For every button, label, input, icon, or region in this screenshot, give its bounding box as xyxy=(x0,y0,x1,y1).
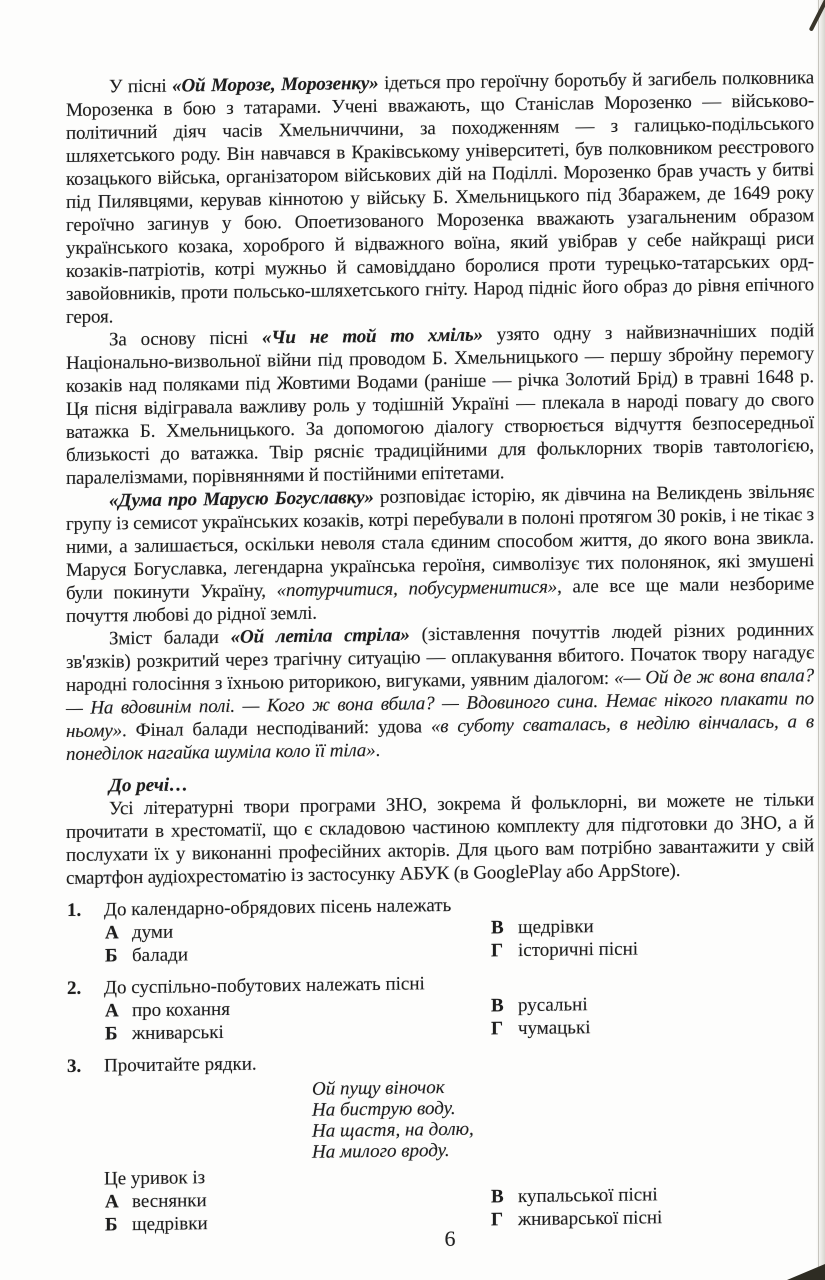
option-letter: В xyxy=(491,1185,518,1208)
option-letter: А xyxy=(105,1190,132,1213)
page-content: У пісні «Ой Морозе, Морозенку» ідеться п… xyxy=(66,66,814,1237)
paragraph-oi-moroze: У пісні «Ой Морозе, Морозенку» ідеться п… xyxy=(66,66,814,329)
option-letter: А xyxy=(105,921,132,944)
text-segment: У пісні xyxy=(109,76,172,98)
option-h: Гчумацькі xyxy=(491,1013,814,1040)
option-text: щедрівки xyxy=(518,915,594,939)
option-b: Ббалади xyxy=(105,939,491,967)
option-letter: Г xyxy=(491,1017,518,1040)
option-b: Бжниварські xyxy=(105,1017,491,1045)
question-1: 1. До календарно-обрядових пісень належа… xyxy=(66,889,814,968)
option-text: русальні xyxy=(518,993,588,1017)
song-title: «Ой Морозе, Морозенку» xyxy=(172,73,378,97)
scan-artifact-bottom-right xyxy=(787,1264,825,1280)
option-letter: В xyxy=(491,916,518,939)
question-number: 1. xyxy=(66,899,104,922)
paragraph-oi-letila-strila: Зміст балади «Ой летіла стріла» (зіставл… xyxy=(66,618,814,766)
option-text: думи xyxy=(132,921,173,945)
question-3: 3. Прочитайте рядки. Ой пущу віночок На … xyxy=(66,1045,814,1237)
option-letter: А xyxy=(105,999,132,1022)
text-segment: . xyxy=(376,740,381,761)
text-segment: ідеться про героїчну боротьбу й загибель… xyxy=(66,67,814,328)
book-edge-line xyxy=(818,0,820,1280)
paragraph-chy-ne-toi-khmil: За основу пісні «Чи не той то хміль» узя… xyxy=(66,319,814,490)
option-text: жниварські xyxy=(132,1021,224,1045)
song-title: «Ой летіла стріла» xyxy=(231,624,410,647)
option-text: купальської пісні xyxy=(518,1183,658,1208)
options-grid: Адуми Вщедрівки Ббалади Гісторичні пісні xyxy=(105,912,814,967)
note-body: Усі літературні твори програми ЗНО, зокр… xyxy=(66,788,814,890)
option-text: веснянки xyxy=(132,1189,207,1213)
question-2: 2. До суспільно-побутових належать пісні… xyxy=(66,967,814,1046)
song-title: «Дума про Марусю Богуславку» xyxy=(109,487,374,511)
song-title: «Чи не той то хміль» xyxy=(262,325,483,349)
question-list: 1. До календарно-обрядових пісень належа… xyxy=(66,889,814,1237)
text-segment: Зміст балади xyxy=(109,627,231,650)
poem-excerpt: Ой пущу віночок На биструю воду. На щаст… xyxy=(312,1072,814,1163)
options-grid: Апро кохання Врусальні Бжниварські Гчума… xyxy=(105,990,814,1045)
option-letter: Г xyxy=(491,939,518,962)
scanned-book-page: У пісні «Ой Морозе, Морозенку» ідеться п… xyxy=(0,0,825,1280)
option-text: історичні пісні xyxy=(518,938,638,963)
question-stem: Прочитайте рядки. xyxy=(104,1053,257,1078)
paragraph-marusia-bohuslavka: «Дума про Марусю Богуславку» розповідає … xyxy=(66,480,814,628)
text-segment: . Фінал балади несподіваний: удова xyxy=(122,716,431,741)
question-number: 3. xyxy=(66,1055,104,1078)
quote: «потурчитися, побусурменитися» xyxy=(277,577,557,602)
text-segment: За основу пісні xyxy=(109,327,262,350)
page-number: 6 xyxy=(70,1226,825,1252)
option-text: балади xyxy=(132,943,188,967)
option-letter: Б xyxy=(105,1022,132,1045)
option-h: Гісторичні пісні xyxy=(491,935,814,962)
option-text: чумацькі xyxy=(518,1016,590,1040)
option-letter: В xyxy=(491,994,518,1017)
question-number: 2. xyxy=(66,977,104,1000)
option-letter: Б xyxy=(105,944,132,967)
option-text: про кохання xyxy=(132,998,230,1022)
